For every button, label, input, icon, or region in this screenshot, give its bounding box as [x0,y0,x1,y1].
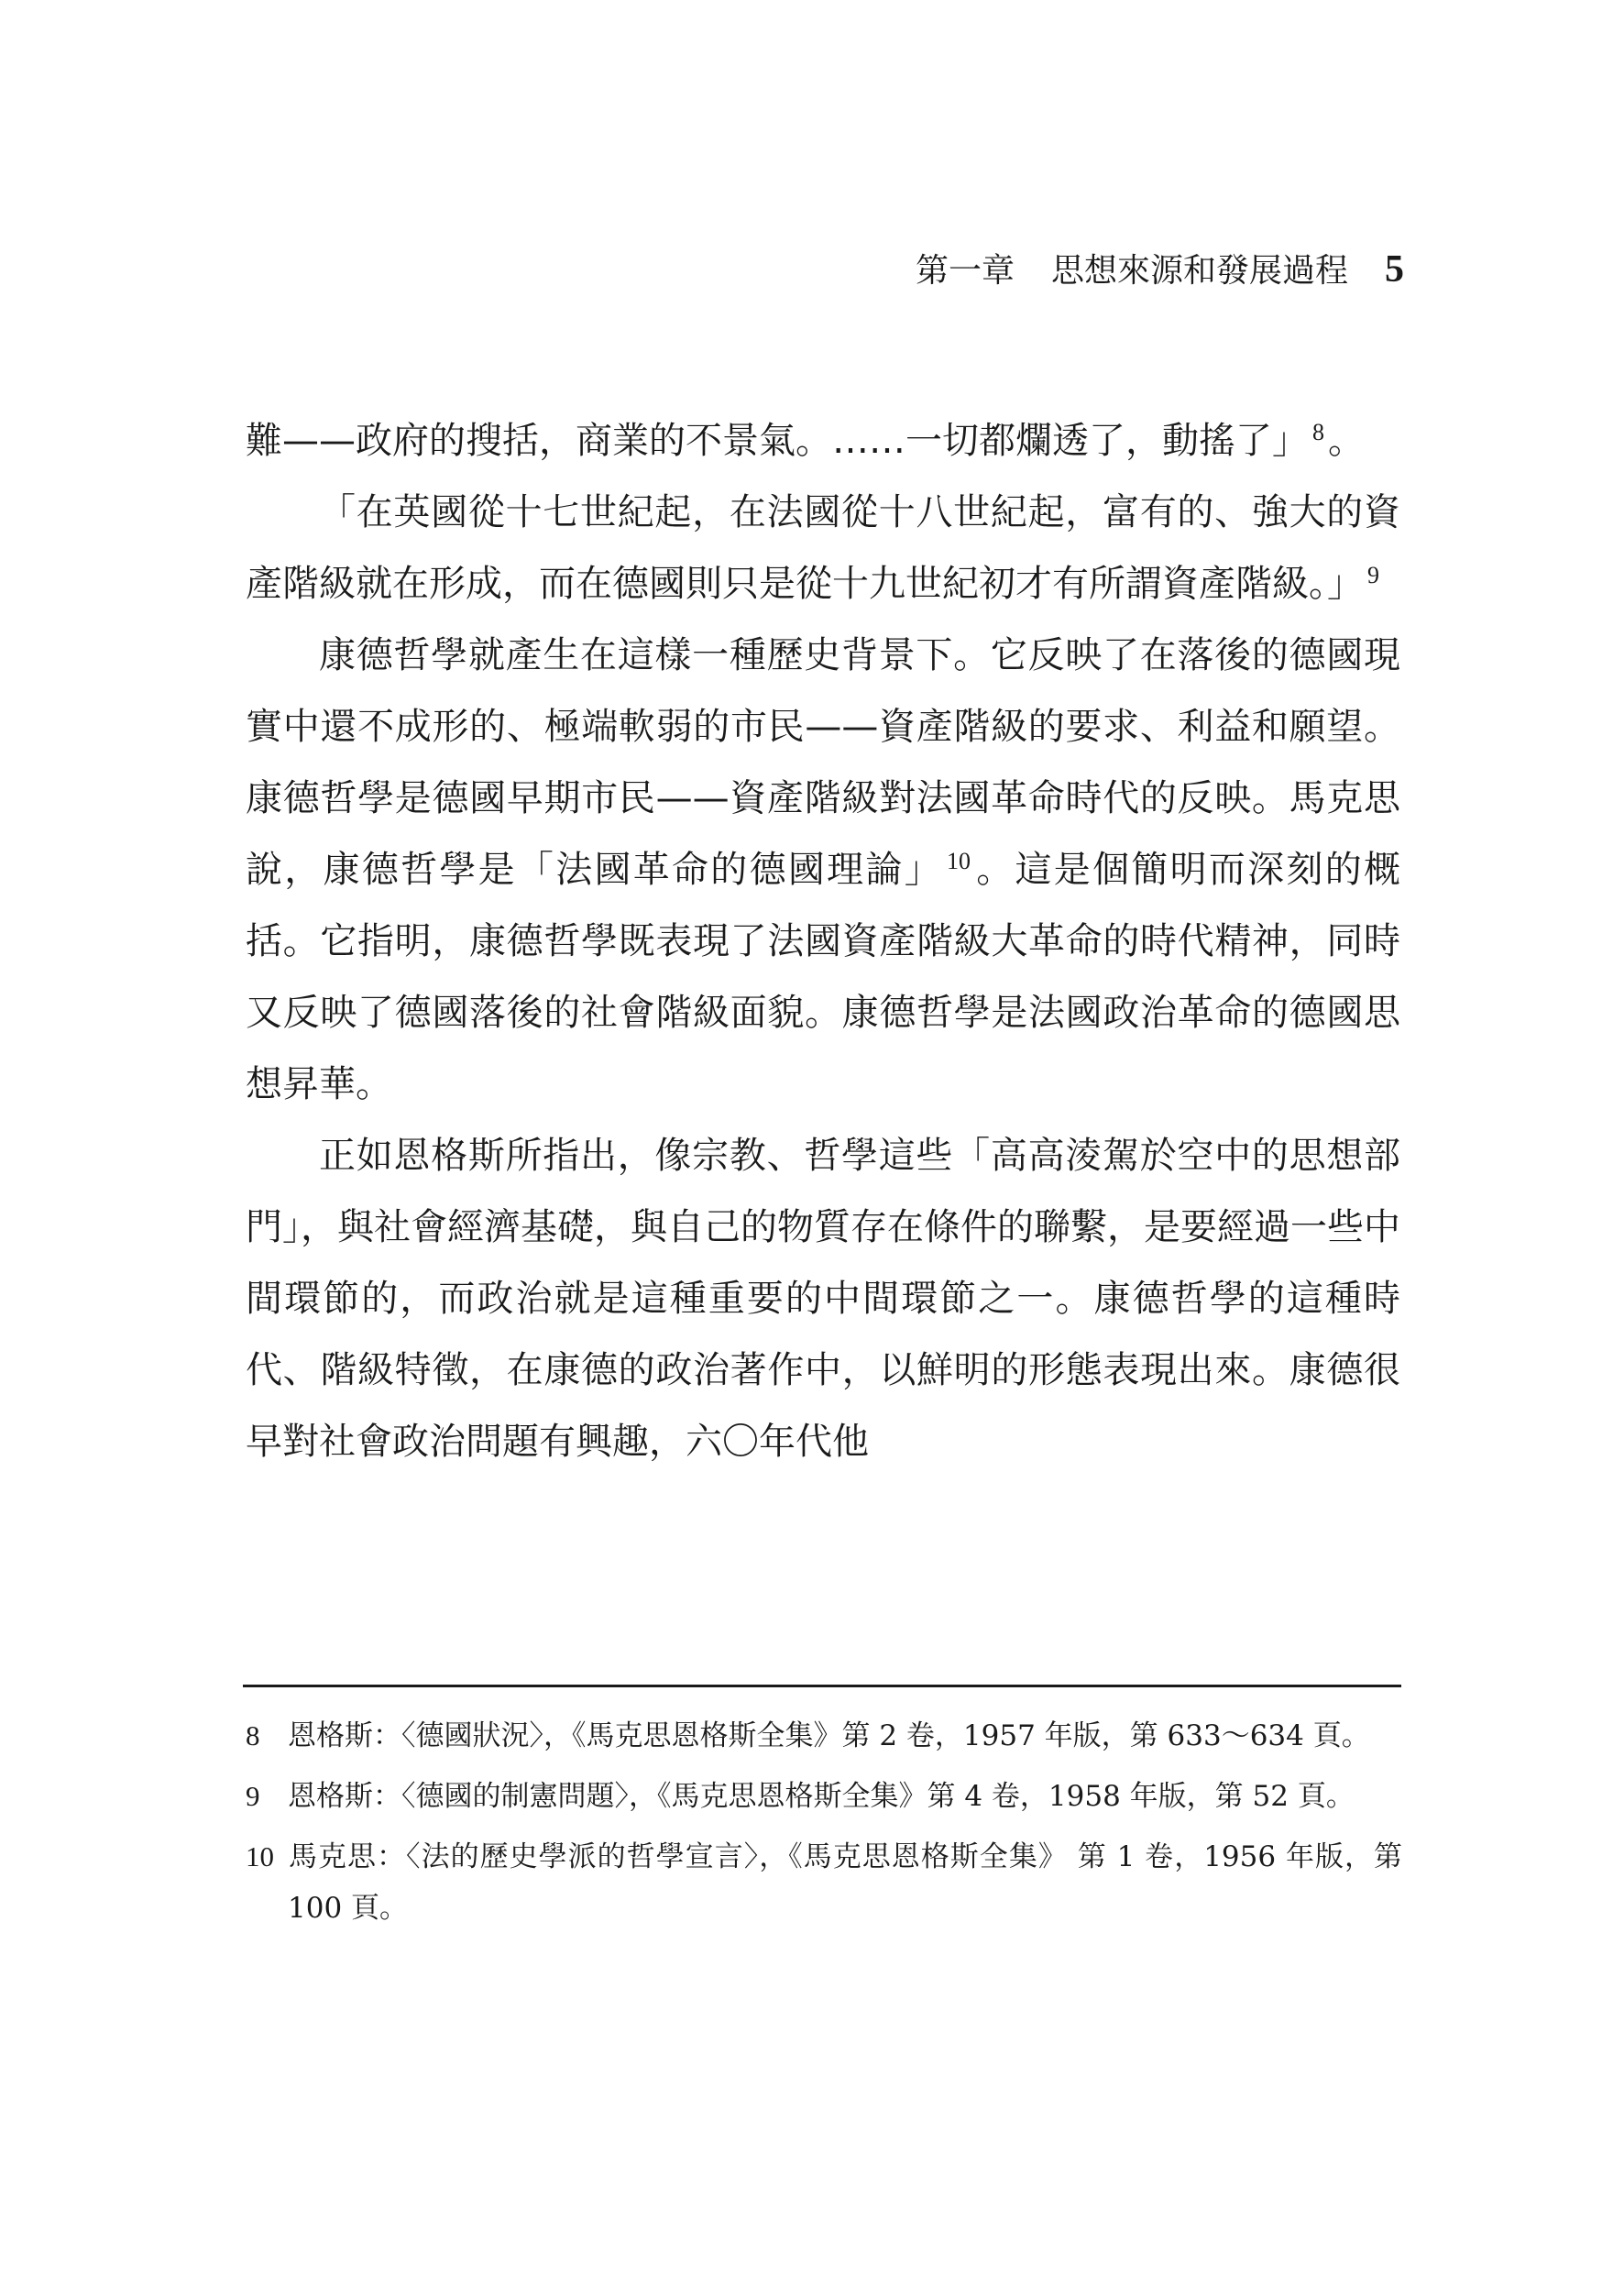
footnote-8: 8恩格斯：〈德國狀況〉，《馬克思恩格斯全集》第 2 卷，1957 年版，第 63… [246,1710,1402,1762]
footnote-ref-10[interactable]: 10 [947,848,971,874]
footnote-text: 恩格斯：〈德國狀況〉，《馬克思恩格斯全集》第 2 卷，1957 年版，第 633… [288,1719,1370,1752]
paragraph-3: 康德哲學就產生在這樣一種歷史背景下。它反映了在落後的德國現實中還不成形的、極端軟… [246,620,1400,1120]
page-number: 5 [1385,247,1404,291]
paragraph-2-quote: 「在英國從十七世紀起，在法國從十八世紀起，富有的、強大的資產階級就在形成，而在德… [246,477,1400,620]
paragraph-text: 正如恩格斯所指出，像宗教、哲學這些「高高淩駕於空中的思想部門」，與社會經濟基礎，… [246,1135,1400,1463]
footnote-10: 10馬克思：〈法的歷史學派的哲學宣言〉，《馬克思恩格斯全集》 第 1 卷，195… [246,1831,1402,1934]
footnote-ref-9[interactable]: 9 [1367,562,1379,588]
footnote-ref-8[interactable]: 8 [1312,419,1324,445]
footnote-divider [243,1685,1401,1687]
footnote-text: 馬克思：〈法的歷史學派的哲學宣言〉，《馬克思恩格斯全集》 第 1 卷，1956 … [288,1840,1402,1925]
running-header: 第一章 思想來源和發展過程 5 [916,247,1404,293]
paragraph-4: 正如恩格斯所指出，像宗教、哲學這些「高高淩駕於空中的思想部門」，與社會經濟基礎，… [246,1120,1400,1477]
paragraph-tail: 。 [1328,420,1365,462]
footnotes-section: 8恩格斯：〈德國狀況〉，《馬克思恩格斯全集》第 2 卷，1957 年版，第 63… [246,1710,1402,1943]
chapter-label: 第一章 [916,249,1015,293]
paragraph-1: 難——政府的搜括，商業的不景氣。……一切都爛透了，動搖了」8。 [246,405,1400,477]
paragraph-text: 「在英國從十七世紀起，在法國從十八世紀起，富有的、強大的資產階級就在形成，而在德… [246,491,1400,605]
footnote-9: 9恩格斯：〈德國的制憲問題〉，《馬克思恩格斯全集》第 4 卷，1958 年版，第… [246,1771,1402,1822]
chapter-title: 思想來源和發展過程 [1051,249,1348,293]
footnote-number: 10 [246,1831,279,1883]
footnote-text: 恩格斯：〈德國的制憲問題〉，《馬克思恩格斯全集》第 4 卷，1958 年版，第 … [288,1780,1355,1813]
footnote-number: 8 [246,1710,279,1762]
main-text: 難——政府的搜括，商業的不景氣。……一切都爛透了，動搖了」8。 「在英國從十七世… [246,405,1400,1477]
footnote-number: 9 [246,1771,279,1822]
paragraph-text: 難——政府的搜括，商業的不景氣。……一切都爛透了，動搖了」 [246,420,1309,462]
